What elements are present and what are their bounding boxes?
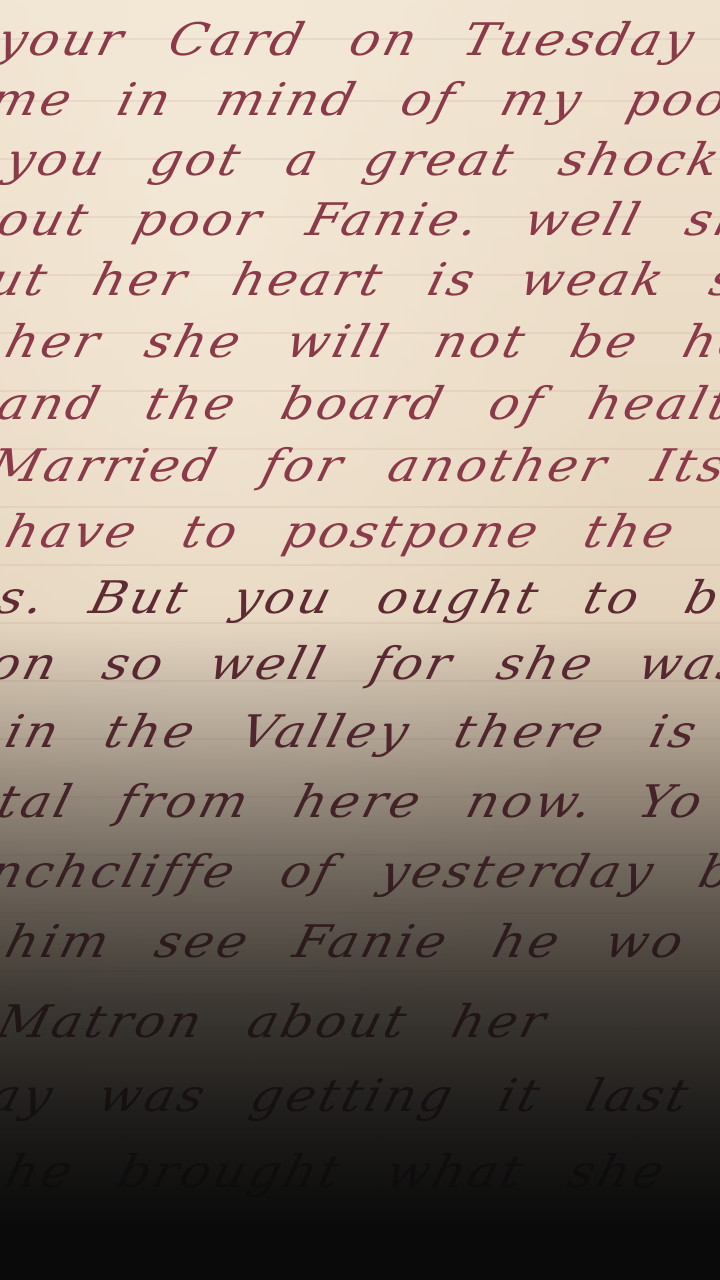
- handwritten-line: and the board of healt: [0, 378, 720, 430]
- handwritten-line: in the Valley there is: [0, 706, 705, 758]
- handwritten-line: Matron about her: [0, 996, 554, 1048]
- handwritten-line: ay was getting it last we: [0, 1070, 720, 1122]
- handwritten-line: you got a great shock: [0, 134, 720, 186]
- handwritten-line: out poor Fanie. well she: [0, 194, 720, 246]
- handwritten-line: him see Fanie he wo: [0, 916, 692, 968]
- handwritten-line: s. But you ought to be: [0, 572, 720, 624]
- handwritten-line: on so well for she was: [0, 638, 720, 690]
- handwritten-letter-photo: your Card on Tuesday sme in mind of my p…: [0, 0, 720, 1280]
- handwritten-line: have to postpone the wed: [0, 506, 720, 558]
- handwritten-line: tal from here now. Yo: [0, 776, 711, 828]
- handwritten-line: your Card on Tuesday s: [0, 14, 720, 66]
- handwritten-line: nchcliffe of yesterday b: [0, 846, 720, 898]
- handwritten-line: he brought what she: [0, 1146, 672, 1198]
- handwritten-line: me in mind of my poor ol: [0, 74, 720, 126]
- handwritten-line: ut her heart is weak so the: [0, 254, 720, 306]
- handwritten-line: her she will not be home: [0, 316, 720, 368]
- handwritten-line: Married for another Its o: [0, 440, 720, 492]
